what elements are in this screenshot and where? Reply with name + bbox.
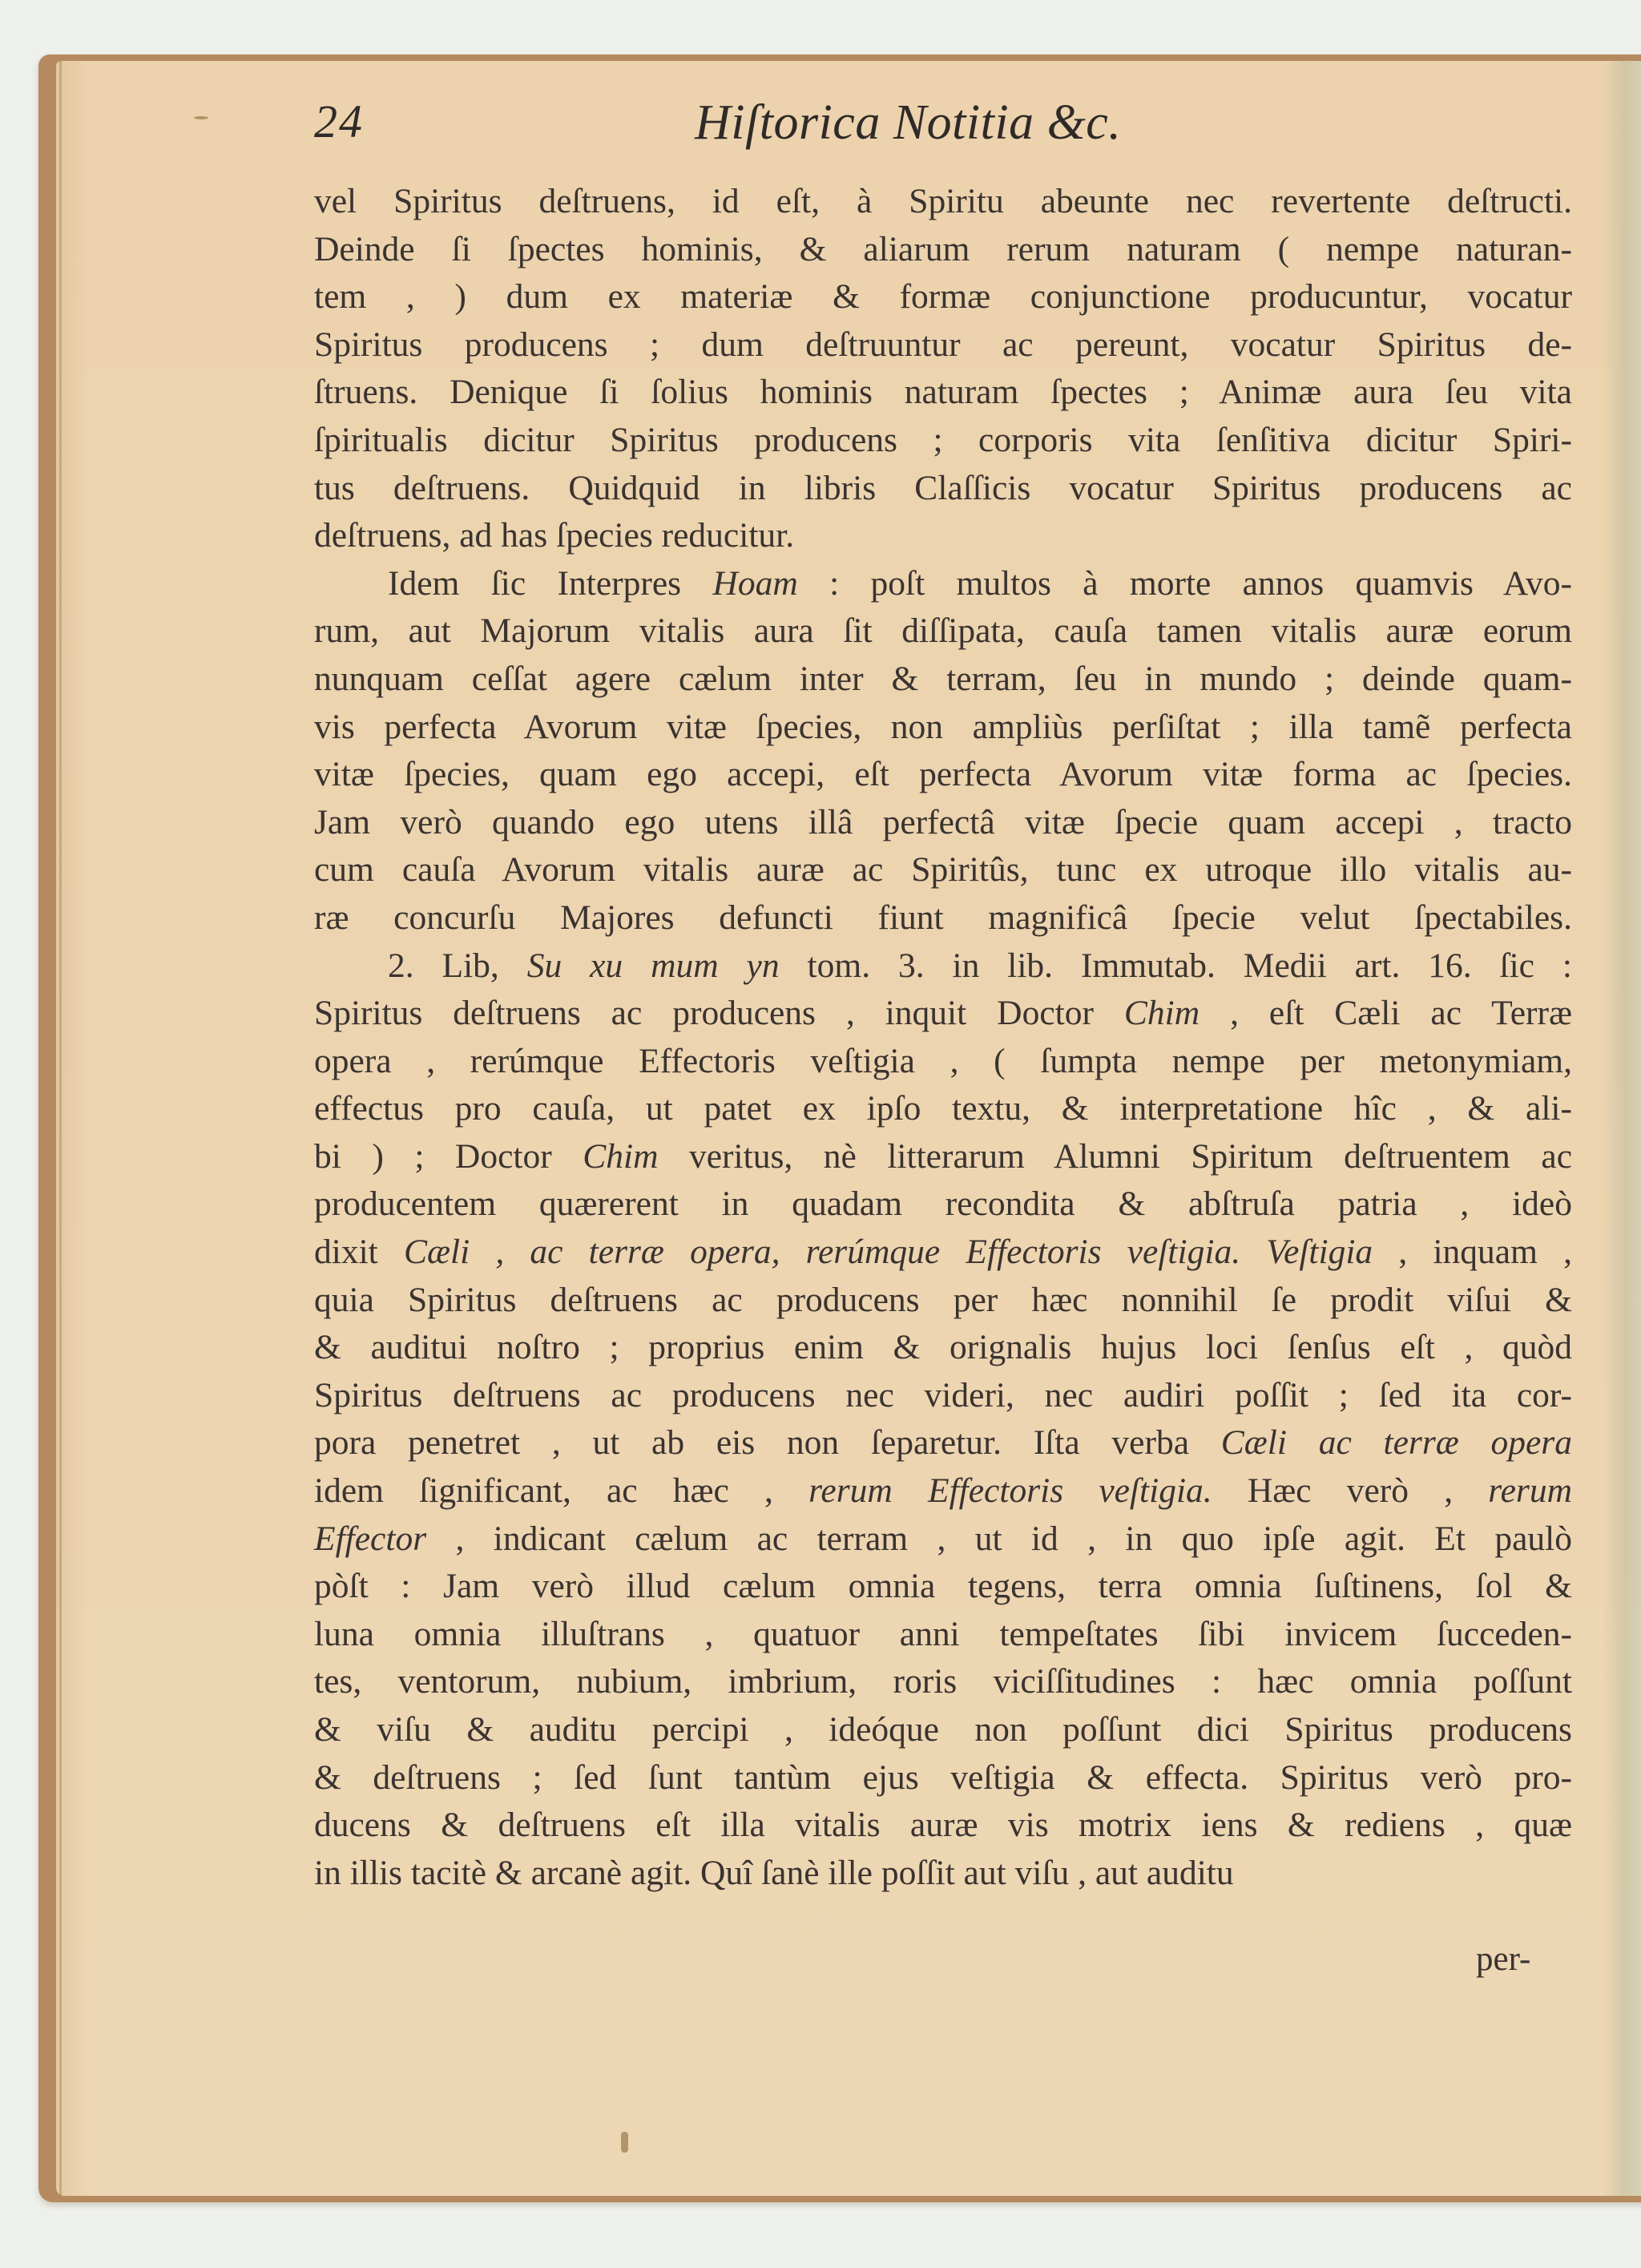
text-line: 2. Lib, Su xu mum yn tom. 3. in lib. Imm… [314, 942, 1572, 991]
text-segment: rum, aut Majorum vitalis aura ſit diſſip… [314, 611, 1572, 650]
text-segment: ducens & deſtruens eſt illa vitalis auræ… [314, 1806, 1572, 1844]
text-segment: luna omnia illuſtrans , quatuor anni tem… [314, 1615, 1572, 1653]
text-line: deſtruens, ad has ſpecies reducitur. [314, 512, 1572, 560]
text-segment: bi ) ; Doctor [314, 1137, 583, 1176]
text-line: vel Spiritus deſtruens, id eſt, à Spirit… [314, 178, 1572, 226]
text-segment: vel Spiritus deſtruens, id eſt, à Spirit… [314, 182, 1572, 220]
text-line: idem ſignificant, ac hæc , rerum Effecto… [314, 1467, 1572, 1515]
italic-text: Su xu mum yn [527, 946, 780, 985]
text-segment: opera , rerúmque Effectoris veſtigia , (… [314, 1042, 1572, 1080]
text-segment: Deinde ſi ſpectes hominis, & aliarum rer… [314, 230, 1572, 268]
text-segment: 2. Lib, [388, 946, 527, 985]
text-segment: tem , ) dum ex materiæ & formæ conjuncti… [314, 277, 1572, 316]
text-line: tus deſtruens. Quidquid in libris Claſſi… [314, 465, 1572, 513]
text-segment: quia Spiritus deſtruens ac producens per… [314, 1281, 1572, 1319]
text-line: Spiritus producens ; dum deſtruuntur ac … [314, 321, 1572, 369]
text-segment: Idem ſic Interpres [388, 564, 712, 603]
text-line: in illis tacitè & arcanè agit. Quî ſanè … [314, 1850, 1572, 1898]
text-segment: producentem quærerent in quadam recondit… [314, 1184, 1572, 1223]
italic-text: Chim [1124, 994, 1200, 1032]
text-segment: & deſtruens ; ſed ſunt tantùm ejus veſti… [314, 1758, 1572, 1797]
text-line: Deinde ſi ſpectes hominis, & aliarum rer… [314, 226, 1572, 274]
text-segment: tes, ventorum, nubium, imbrium, roris vi… [314, 1662, 1572, 1701]
italic-text: Veſtigia [1266, 1233, 1373, 1271]
text-line: Effector , indicant cælum ac terram , ut… [314, 1515, 1572, 1564]
text-line: vitæ ſpecies, quam ego accepi, eſt perfe… [314, 751, 1572, 799]
text-line: dixit Cæli , ac terræ opera, rerúmque Ef… [314, 1229, 1572, 1277]
text-line: pòſt : Jam verò illud cælum omnia tegens… [314, 1563, 1572, 1611]
text-segment: Spiritus deſtruens ac producens nec vide… [314, 1376, 1572, 1414]
text-line: quia Spiritus deſtruens ac producens per… [314, 1277, 1572, 1325]
running-title: Hiſtorica Notitia &c. [695, 95, 1121, 151]
text-line: ræ concurſu Majores defuncti fiunt magni… [314, 894, 1572, 942]
italic-text: rerum Effectoris veſtigia. [808, 1471, 1212, 1510]
page-number: 24 [314, 95, 364, 148]
body-text: vel Spiritus deſtruens, id eſt, à Spirit… [314, 178, 1572, 1897]
gutter-shadow [1603, 61, 1641, 2196]
page-header: 24 Hiſtorica Notitia &c. [314, 95, 1564, 167]
text-segment: , eſt Cæli ac Terræ [1200, 994, 1572, 1032]
text-segment: veritus, nè litterarum Alumni Spiritum d… [658, 1137, 1572, 1176]
text-segment: tom. 3. in lib. Immutab. Medii art. 16. … [780, 946, 1572, 985]
text-line: ſtruens. Denique ſi ſolius hominis natur… [314, 369, 1572, 417]
text-segment [1240, 1233, 1266, 1271]
text-segment: , inquam , [1373, 1233, 1572, 1271]
text-line: & viſu & auditu percipi , ideóque non po… [314, 1706, 1572, 1754]
text-segment: vis perfecta Avorum vitæ ſpecies, non am… [314, 708, 1572, 746]
text-line: Jam verò quando ego utens illâ perfectâ … [314, 799, 1572, 847]
text-segment: & viſu & auditu percipi , ideóque non po… [314, 1710, 1572, 1749]
italic-text: Chim [583, 1137, 658, 1176]
text-segment: vitæ ſpecies, quam ego accepi, eſt perfe… [314, 755, 1572, 793]
text-segment: effectus pro cauſa, ut patet ex ipſo tex… [314, 1089, 1572, 1128]
text-segment: ræ concurſu Majores defuncti fiunt magni… [314, 898, 1572, 937]
italic-text: Hoam [712, 564, 797, 603]
text-line: ducens & deſtruens eſt illa vitalis auræ… [314, 1802, 1572, 1850]
text-segment: deſtruens, ad has ſpecies reducitur. [314, 516, 794, 555]
text-line: vis perfecta Avorum vitæ ſpecies, non am… [314, 704, 1572, 752]
text-segment: ſtruens. Denique ſi ſolius hominis natur… [314, 373, 1572, 411]
text-segment: tus deſtruens. Quidquid in libris Claſſi… [314, 469, 1572, 507]
text-line: cum cauſa Avorum vitalis auræ ac Spiritû… [314, 846, 1572, 894]
text-line: effectus pro cauſa, ut patet ex ipſo tex… [314, 1085, 1572, 1133]
text-line: Spiritus deſtruens ac producens , inquit… [314, 990, 1572, 1038]
text-line: nunquam ceſſat agere cælum inter & terra… [314, 656, 1572, 704]
text-line: opera , rerúmque Effectoris veſtigia , (… [314, 1038, 1572, 1086]
text-segment: Spiritus deſtruens ac producens , inquit… [314, 994, 1124, 1032]
text-line: producentem quærerent in quadam recondit… [314, 1180, 1572, 1229]
text-line: bi ) ; Doctor Chim veritus, nè litteraru… [314, 1133, 1572, 1181]
text-segment: , indicant cælum ac terram , ut id , in … [426, 1519, 1572, 1558]
text-line: pora penetret , ut ab eis non ſeparetur.… [314, 1419, 1572, 1467]
text-segment: Spiritus producens ; dum deſtruuntur ac … [314, 325, 1572, 364]
text-line: & deſtruens ; ſed ſunt tantùm ejus veſti… [314, 1754, 1572, 1802]
text-segment: Jam verò quando ego utens illâ perfectâ … [314, 803, 1572, 841]
italic-text: Cæli , ac terræ opera, rerúmque Effector… [404, 1233, 1240, 1271]
paper-blemish [621, 2132, 628, 2153]
catchword: per- [1476, 1939, 1530, 1979]
italic-text: rerum [1488, 1471, 1572, 1510]
text-segment: ſpiritualis dicitur Spiritus producens ;… [314, 421, 1572, 459]
paper-blemish [194, 116, 208, 119]
text-segment: nunquam ceſſat agere cælum inter & terra… [314, 660, 1572, 698]
text-segment: pòſt : Jam verò illud cælum omnia tegens… [314, 1567, 1572, 1605]
text-line: tem , ) dum ex materiæ & formæ conjuncti… [314, 273, 1572, 321]
text-segment: Hæc verò , [1212, 1471, 1489, 1510]
text-segment: in illis tacitè & arcanè agit. Quî ſanè … [314, 1854, 1234, 1892]
text-line: ſpiritualis dicitur Spiritus producens ;… [314, 417, 1572, 465]
text-segment: idem ſignificant, ac hæc , [314, 1471, 808, 1510]
text-segment: : poſt multos à morte annos quamvis Avo- [798, 564, 1572, 603]
text-line: & auditui noſtro ; proprius enim & orign… [314, 1324, 1572, 1372]
text-line: luna omnia illuſtrans , quatuor anni tem… [314, 1611, 1572, 1659]
page-edge-line [59, 61, 62, 2196]
italic-text: Effector [314, 1519, 426, 1558]
text-line: Spiritus deſtruens ac producens nec vide… [314, 1372, 1572, 1420]
italic-text: Cæli ac terræ opera [1221, 1423, 1572, 1462]
text-line: Idem ſic Interpres Hoam : poſt multos à … [314, 560, 1572, 608]
text-segment: cum cauſa Avorum vitalis auræ ac Spiritû… [314, 850, 1572, 889]
text-segment: pora penetret , ut ab eis non ſeparetur.… [314, 1423, 1221, 1462]
text-line: rum, aut Majorum vitalis aura ſit diſſip… [314, 607, 1572, 656]
text-segment: dixit [314, 1233, 404, 1271]
text-segment: & auditui noſtro ; proprius enim & orign… [314, 1328, 1572, 1366]
text-line: tes, ventorum, nubium, imbrium, roris vi… [314, 1658, 1572, 1706]
